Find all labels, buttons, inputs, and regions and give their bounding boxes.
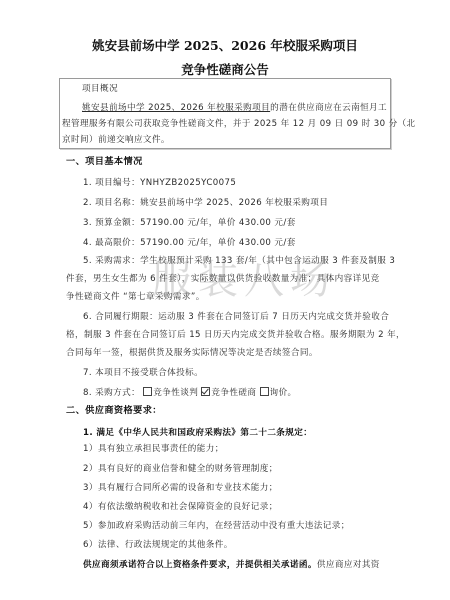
overview-heading: 项目概况: [82, 83, 118, 95]
overview-line3: 京时间）前递交响应文件。: [62, 134, 170, 146]
document-subtitle: 竞争性磋商公告: [0, 60, 450, 78]
item-contract-period-line2: 格，制服 3 件套在合同签订后 15 日历天内完成交货并验收合格。服务期限为 2…: [66, 329, 405, 341]
requirement-3: 3）具有履行合同所必需的设备和专业技术能力；: [83, 482, 278, 494]
item-contract-period-line3: 合同每年一签，根据供货及服务实际情况等决定是否续签合同。: [66, 347, 318, 359]
requirement-1: 1）具有独立承担民事责任的能力；: [83, 443, 224, 455]
item-project-number: 1. 项目编号：YNHYZB2025YC0075: [83, 177, 236, 189]
section1-heading: 一、项目基本情况: [66, 156, 143, 168]
item-procurement-method: 8. 采购方式： 竞争性谈判 竞争性磋商 询价。: [83, 387, 296, 399]
overview-line2: 程管理服务有限公司获取竞争性磋商文件，并于 2025 年 12 月 09 日 0…: [62, 118, 416, 130]
item-requirements-line1: 5. 采购需求：学生校服预计采购 133 套/年（其中包含运动服 3 件套及制服…: [83, 255, 395, 267]
document-title: 姚安县前场中学 2025、2026 年校服采购项目: [0, 36, 450, 54]
commitment-bold: 供应商须承诺符合以上资格条件要求，并提供相关承诺函。: [83, 560, 317, 570]
requirement-6: 6）法律、行政法规规定的其他条件。: [83, 539, 233, 551]
item-requirements-line3: 争性磋商文件 “第七章采购需求”。: [66, 291, 205, 303]
item-budget: 3. 预算金额：57190.00 元/年，单价 430.00 元/套: [83, 217, 296, 229]
document-page: 姚安县前场中学 2025、2026 年校服采购项目 竞争性磋商公告 项目概况 姚…: [0, 0, 450, 600]
qualification-law-clause: 1. 满足《中华人民共和国政府采购法》第二十二条规定：: [83, 427, 312, 439]
checkbox-inquiry[interactable]: [260, 387, 269, 396]
checkbox-negotiation[interactable]: [143, 387, 152, 396]
requirement-2: 2）具有良好的商业信誉和健全的财务管理制度；: [83, 463, 278, 475]
item-contract-period-line1: 6. 合同履行期限：运动服 3 件套在合同签订后 7 日历天内完成交货并验收合: [83, 311, 389, 323]
requirement-4: 4）有依法缴纳税收和社会保障资金的良好记录；: [83, 501, 278, 513]
requirement-5: 5）参加政府采购活动前三年内，在经营活动中没有重大违法记录；: [83, 520, 350, 532]
item-max-price: 4. 最高限价：57190.00 元/年，单价 430.00 元/套: [83, 237, 296, 249]
item-project-name: 2. 项目名称：姚安县前场中学 2025、2026 年校服采购项目: [83, 197, 328, 209]
item-no-consortium: 7. 本项目不接受联合体投标。: [83, 367, 203, 379]
commitment-rest: 供应商应对其资: [317, 560, 380, 570]
option-negotiation-label: 竞争性谈判: [153, 388, 198, 398]
commitment-line: 供应商须承诺符合以上资格条件要求，并提供相关承诺函。供应商应对其资: [83, 559, 380, 571]
checkbox-consultation[interactable]: [201, 387, 210, 396]
option-consultation-label: 竞争性磋商: [211, 388, 256, 398]
procurement-method-label: 8. 采购方式：: [83, 388, 140, 398]
overview-line1: 姚安县前场中学 2025、2026 年校服采购项目的潜在供应商应在云南恒月工: [82, 102, 387, 114]
overview-line1-rest: 的潜在供应商应在云南恒月工: [270, 103, 387, 113]
section2-heading: 二、供应商资格要求：: [66, 405, 162, 417]
overview-project-name: 姚安县前场中学 2025、2026 年校服采购项目: [82, 103, 270, 113]
item-requirements-line2: 件套，男生女生都为 6 件套），实际数量以供货验收数量为准；具体内容详见竞: [66, 273, 380, 285]
option-inquiry-label: 询价。: [270, 388, 297, 398]
